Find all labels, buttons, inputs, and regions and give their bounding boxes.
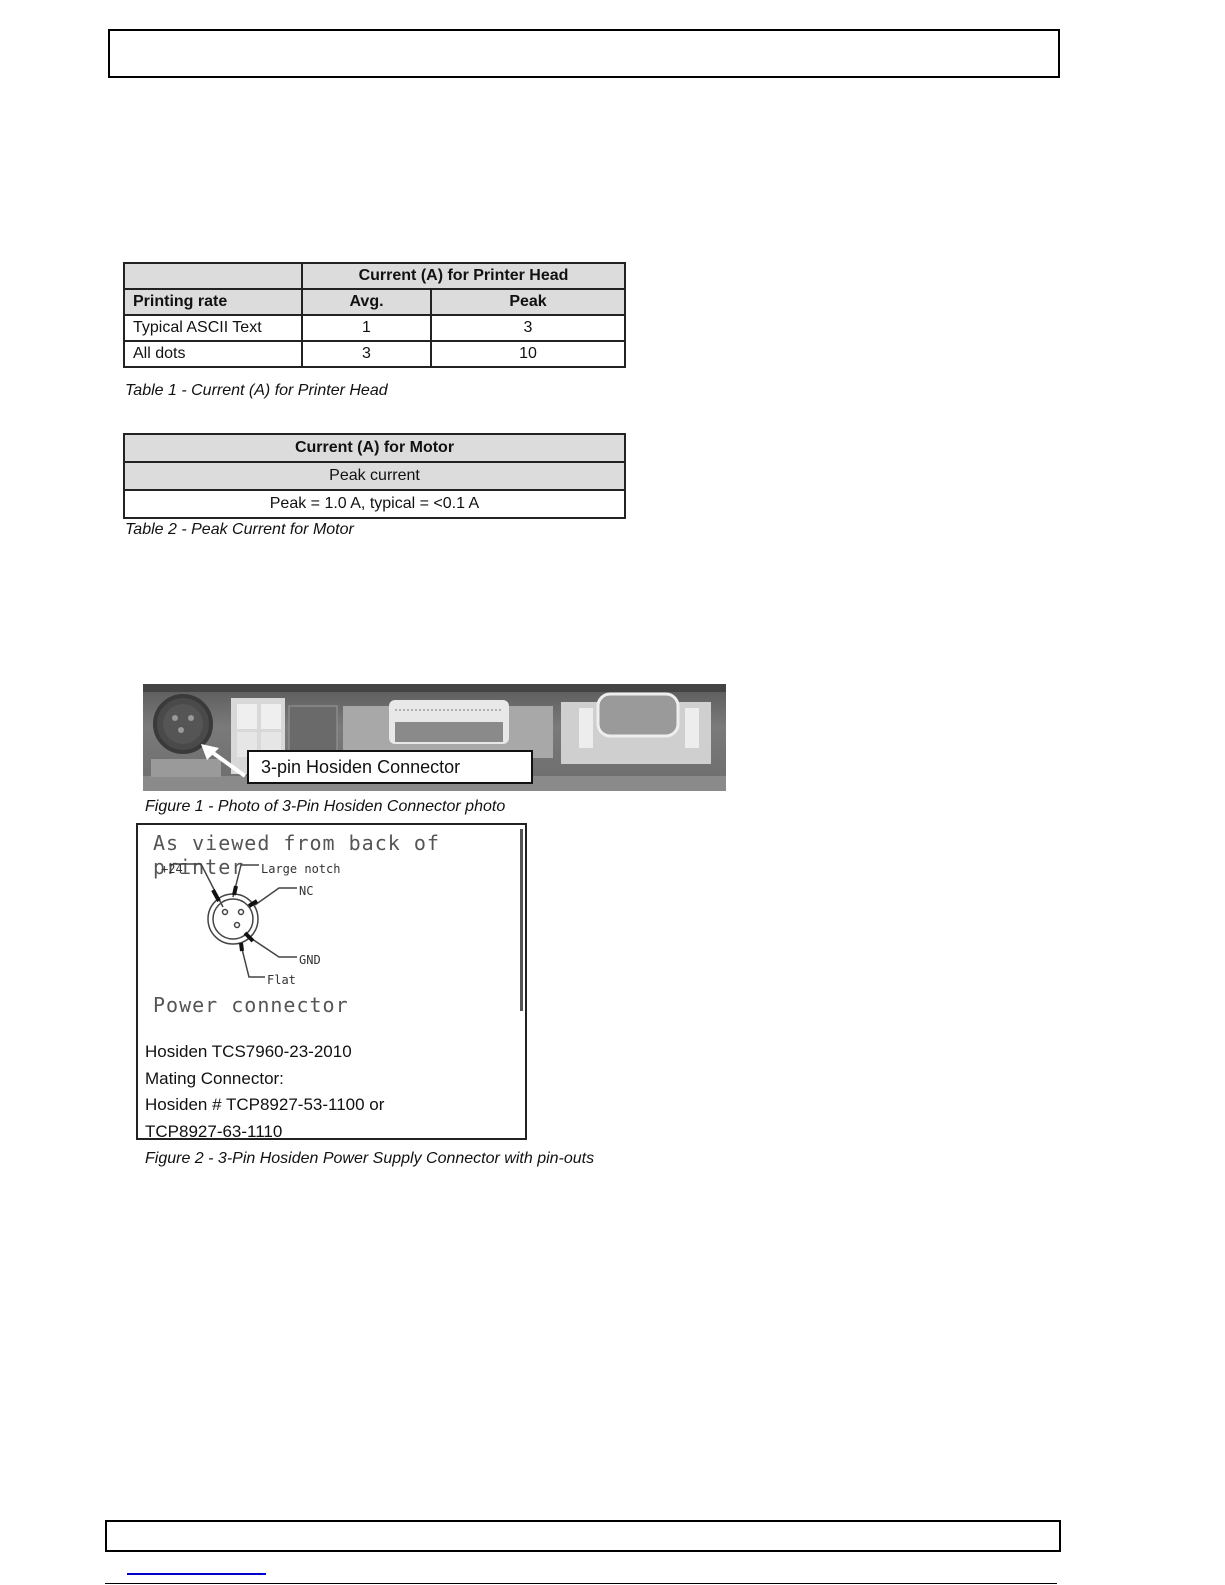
column-header-peak: Peak: [431, 289, 625, 315]
table2-caption: Table 2 - Peak Current for Motor: [125, 521, 354, 539]
cell-peak: 3: [431, 315, 625, 341]
pin-label-large-notch: Large notch: [261, 862, 340, 876]
figure2-caption: Figure 2 - 3-Pin Hosiden Power Supply Co…: [145, 1150, 594, 1168]
page-footer-box: [105, 1520, 1061, 1552]
bottom-rule: [105, 1583, 1057, 1584]
table1-caption: Table 1 - Current (A) for Printer Head: [125, 382, 388, 400]
cell-peak: 10: [431, 341, 625, 367]
table-group-header: Current (A) for Printer Head: [302, 263, 625, 289]
part-line: Hosiden TCS7960-23-2010: [145, 1039, 384, 1066]
pin-label-plus24: +24: [161, 862, 183, 876]
part-line: Hosiden # TCP8927-53-1100 or: [145, 1092, 384, 1119]
table-value-cell: Peak = 1.0 A, typical = <0.1 A: [124, 490, 625, 518]
page-header-box: [108, 29, 1060, 78]
connector-pinout-icon: [147, 829, 520, 1011]
table-row: Typical ASCII Text 1 3: [124, 315, 625, 341]
diagram-footer: Power connector: [153, 993, 349, 1017]
connector-callout-label: 3-pin Hosiden Connector: [247, 750, 533, 784]
pinout-diagram: As viewed from back of printer +24 La: [147, 829, 523, 1011]
pin-label-gnd: GND: [299, 953, 321, 967]
connector-part-info: Hosiden TCS7960-23-2010 Mating Connector…: [145, 1039, 384, 1145]
motor-current-table: Current (A) for Motor Peak current Peak …: [123, 433, 626, 519]
part-line: Mating Connector:: [145, 1066, 384, 1093]
footer-link[interactable]: [127, 1573, 266, 1575]
pin-label-flat: Flat: [267, 973, 296, 987]
pinout-figure: As viewed from back of printer +24 La: [136, 823, 527, 1140]
table-header: Current (A) for Motor: [124, 434, 625, 462]
cell-avg: 3: [302, 341, 431, 367]
column-header-rate: Printing rate: [124, 289, 302, 315]
cell-rate: All dots: [124, 341, 302, 367]
printer-head-current-table: Current (A) for Printer Head Printing ra…: [123, 262, 626, 368]
figure1-caption: Figure 1 - Photo of 3-Pin Hosiden Connec…: [145, 798, 505, 816]
part-line: TCP8927-63-1110: [145, 1119, 384, 1146]
pin-label-nc: NC: [299, 884, 313, 898]
table-corner-cell: [124, 263, 302, 289]
cell-rate: Typical ASCII Text: [124, 315, 302, 341]
cell-avg: 1: [302, 315, 431, 341]
table-row: All dots 3 10: [124, 341, 625, 367]
table-subheader: Peak current: [124, 462, 625, 490]
column-header-avg: Avg.: [302, 289, 431, 315]
